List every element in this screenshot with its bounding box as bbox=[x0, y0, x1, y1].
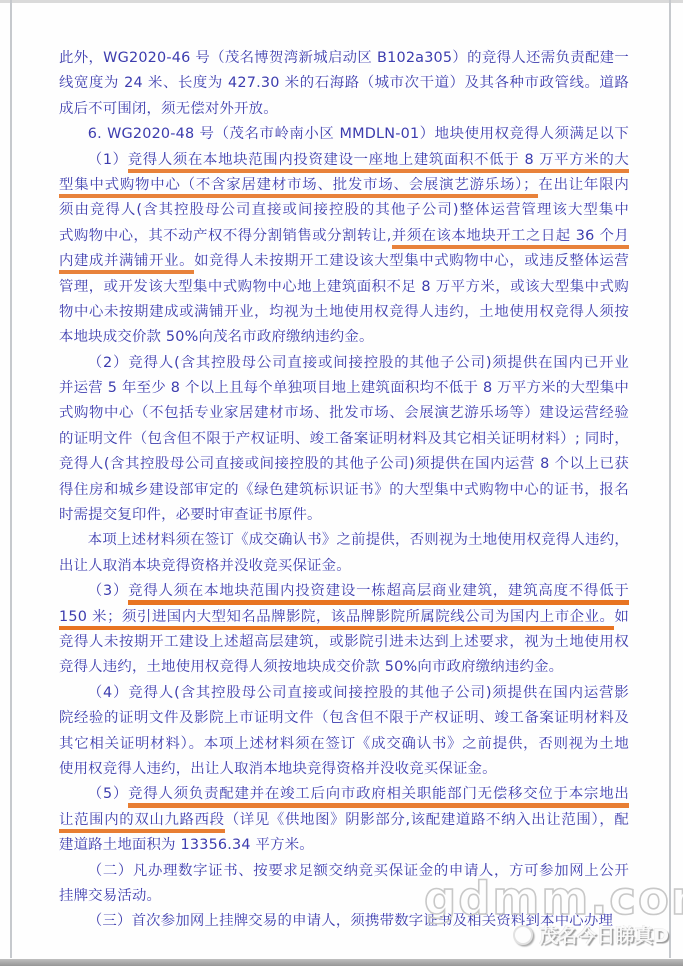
text-segment: 管理，或开发该大型集中式购物中心地上建筑面积不足 8 万平方米，或该大型集中式购 bbox=[59, 279, 629, 295]
page-edge-left bbox=[10, 0, 12, 958]
text-segment: （3） bbox=[88, 583, 128, 599]
text-segment: 得住房和城乡建设部审定的《绿色建筑标识证书》的大型集中式购物中心的证书，报名 bbox=[59, 482, 629, 498]
text-segment: 并运营 5 年至少 8 个以上且每个单独项目地上建筑面积均不低于 8 万平方米的… bbox=[59, 380, 629, 396]
document-body: 此外，WG2020-46 号（茂名博贺湾新城启动区 B102a305）的竞得人还… bbox=[59, 46, 629, 935]
document-line: 其它相关证明材料）。本项上述材料须在签订《成交确认书》之前提供，否则视为土地 bbox=[59, 732, 629, 757]
document-line: 竞得人(含其控股母公司直接或间接控股的其他子公司)须提供在国内运营 8 个以上已… bbox=[59, 452, 629, 477]
document-line: 150 米；须引进国内大型知名品牌影院，该品牌影院所属院线公司为国内上市企业。如 bbox=[59, 605, 629, 630]
text-segment: 挂牌交易活动。 bbox=[59, 888, 161, 904]
text-segment: 式购物中心，其不动产权不得分割销售或分割转让, bbox=[59, 228, 392, 244]
document-line: 竞得人违约，土地使用权竞得人须按地块成交价款 50%向市政府缴纳违约金。 bbox=[59, 655, 629, 680]
text-segment: （二）凡办理数字证书、按要求足额交纳竞买保证金的申请人，方可参加网上公开 bbox=[88, 863, 629, 879]
document-line: 挂牌交易活动。 bbox=[59, 884, 629, 909]
text-segment: （1） bbox=[88, 152, 128, 168]
document-line: 本地块成交价款 50%向茂名市政府缴纳违约金。 bbox=[59, 325, 629, 350]
text-segment: 本项上述材料须在签订《成交确认书》之前提供，否则视为土地使用权竞得人违约， bbox=[88, 532, 629, 548]
document-line: 内建成并满铺开业。如竞得人未按期开工建设该大型集中式购物中心，或违反整体运营 bbox=[59, 249, 629, 274]
text-segment: 使用权竞得人违约，出让人取消本地块竞得资格并没收竞买保证金。 bbox=[59, 761, 497, 777]
text-segment: （2）竞得人(含其控股母公司直接或间接控股的其他子公司)须提供在国内已开业 bbox=[88, 355, 629, 371]
text-segment: （详见《供地图》阴影部分,该配建道路不纳入出让范围），配 bbox=[225, 812, 629, 828]
text-segment: 在出让年限内 bbox=[538, 177, 629, 193]
document-line: 得住房和城乡建设部审定的《绿色建筑标识证书》的大型集中式购物中心的证书，报名 bbox=[59, 478, 629, 503]
document-line: 并运营 5 年至少 8 个以上且每个单独项目地上建筑面积均不低于 8 万平方米的… bbox=[59, 376, 629, 401]
text-segment: 时需提交复印件，必要时审查证书原件。 bbox=[59, 507, 322, 523]
document-line: （3）竞得人须在本地块范围内投资建设一栋超高层商业建筑，建筑高度不得低于 bbox=[59, 579, 629, 604]
document-line: 式购物中心，其不动产权不得分割销售或分割转让,并须在该本地块开工之日起 36 个… bbox=[59, 224, 629, 249]
text-segment: 建道路土地面积为 13356.34 平方米。 bbox=[59, 837, 314, 853]
document-line: 竞得人未按期开工建设上述超高层建筑，或影院引进未达到上述要求，视为土地使用权 bbox=[59, 630, 629, 655]
highlighted-text-segment: 竞得人须在本地块范围内投资建设一座地上建筑面积不低于 8 万平方米的大 bbox=[128, 152, 629, 173]
document-line: 成后不可围闭，须无偿对外开放。 bbox=[59, 97, 629, 122]
document-line: 本项上述材料须在签订《成交确认书》之前提供，否则视为土地使用权竞得人违约， bbox=[59, 528, 629, 553]
text-segment: 院经验的证明文件及影院上市证明文件（包含但不限于产权证明、竣工备案证明材料及 bbox=[59, 710, 629, 726]
text-segment: （5） bbox=[88, 786, 128, 802]
document-line: （2）竞得人(含其控股母公司直接或间接控股的其他子公司)须提供在国内已开业 bbox=[59, 351, 629, 376]
highlighted-text-segment: 竞得人须负责配建并在竣工后向市政府相关职能部门无偿移交位于本宗地出 bbox=[128, 786, 629, 807]
highlighted-text-segment: 并须在该本地块开工之日起 36 个月 bbox=[392, 228, 629, 249]
document-line: （二）凡办理数字证书、按要求足额交纳竞买保证金的申请人，方可参加网上公开 bbox=[59, 859, 629, 884]
text-segment: （三）首次参加网上挂牌交易的申请人，须携带数字证书及相关资料到本中心办理 bbox=[88, 913, 613, 929]
bottom-gray-bar bbox=[0, 959, 683, 966]
text-segment: （4）竞得人(含其控股母公司直接或间接控股的其他子公司)须提供在国内运营影 bbox=[88, 685, 629, 701]
highlighted-text-segment: 型集中式购物中心（不含家居建材市场、批发市场、会展演艺游乐场）； bbox=[59, 177, 538, 198]
document-line: 管理，或开发该大型集中式购物中心地上建筑面积不足 8 万平方米，或该大型集中式购 bbox=[59, 275, 629, 300]
text-segment: 竞得人违约，土地使用权竞得人须按地块成交价款 50%向市政府缴纳违约金。 bbox=[59, 659, 563, 675]
text-segment: 线宽度为 24 米、长度为 427.30 米的石海路（城市次干道）及其各种市政管… bbox=[59, 75, 629, 96]
document-line: 6. WG2020-48 号（茂名市岭南小区 MMDLN-01）地块使用权竞得人… bbox=[59, 122, 629, 147]
document-line: 须由竞得人(含其控股母公司直接或间接控股的其他子公司)整体运营管理该大型集中 bbox=[59, 198, 629, 223]
text-segment: 如竞得人未按期开工建设该大型集中式购物中心，或违反整体运营 bbox=[194, 253, 629, 269]
text-segment: 6. WG2020-48 号（茂名市岭南小区 MMDLN-01）地块使用权竞得人… bbox=[59, 126, 629, 147]
text-segment: 式购物中心（不包括专业家居建材市场、批发市场、会展演艺游乐场等）建设运营经验 bbox=[59, 405, 629, 421]
text-segment: 如 bbox=[614, 609, 629, 625]
document-line: 让范围内的双山九路西段（详见《供地图》阴影部分,该配建道路不纳入出让范围），配 bbox=[59, 808, 629, 833]
document-line: （4）竞得人(含其控股母公司直接或间接控股的其他子公司)须提供在国内运营影 bbox=[59, 681, 629, 706]
document-line: 此外，WG2020-46 号（茂名博贺湾新城启动区 B102a305）的竞得人还… bbox=[59, 46, 629, 71]
scanned-document-page: 此外，WG2020-46 号（茂名博贺湾新城启动区 B102a305）的竞得人还… bbox=[0, 0, 683, 966]
text-segment: 物中心未按期建成或满铺开业，均视为土地使用权竞得人违约，土地使用权竞得人须按 bbox=[59, 304, 629, 320]
document-line: 的证明文件（包含但不限于产权证明、竣工备案证明材料及其它相关证明材料）; 同时， bbox=[59, 427, 629, 452]
page-edge-top bbox=[0, 0, 683, 3]
text-segment: 须由竞得人(含其控股母公司直接或间接控股的其他子公司)整体运营管理该大型集中 bbox=[59, 202, 629, 218]
text-segment: 竞得人未按期开工建设上述超高层建筑，或影院引进未达到上述要求，视为土地使用权 bbox=[59, 634, 629, 650]
document-line: 型集中式购物中心（不含家居建材市场、批发市场、会展演艺游乐场）；在出让年限内 bbox=[59, 173, 629, 198]
document-line: 线宽度为 24 米、长度为 427.30 米的石海路（城市次干道）及其各种市政管… bbox=[59, 71, 629, 96]
document-line: 出让人取消本块竞得资格并没收竞买保证金。 bbox=[59, 554, 629, 579]
highlighted-text-segment: 内建成并满铺开业。 bbox=[59, 253, 194, 274]
highlighted-text-segment: 150 米；须引进国内大型知名品牌影院，该品牌影院所属院线公司为国内上市企业。 bbox=[59, 609, 614, 630]
document-line: （三）首次参加网上挂牌交易的申请人，须携带数字证书及相关资料到本中心办理 bbox=[59, 909, 629, 934]
text-segment: 本地块成交价款 50%向茂名市政府缴纳违约金。 bbox=[59, 329, 374, 345]
text-segment: 此外，WG2020-46 号（茂名博贺湾新城启动区 B102a305）的竞得人还… bbox=[59, 50, 629, 71]
document-line: 式购物中心（不包括专业家居建材市场、批发市场、会展演艺游乐场等）建设运营经验 bbox=[59, 401, 629, 426]
document-line: 使用权竞得人违约，出让人取消本地块竞得资格并没收竞买保证金。 bbox=[59, 757, 629, 782]
document-line: （1）竞得人须在本地块范围内投资建设一座地上建筑面积不低于 8 万平方米的大 bbox=[59, 148, 629, 173]
document-line: 建道路土地面积为 13356.34 平方米。 bbox=[59, 833, 629, 858]
text-segment: 竞得人(含其控股母公司直接或间接控股的其他子公司)须提供在国内运营 8 个以上已… bbox=[59, 456, 629, 472]
document-line: 院经验的证明文件及影院上市证明文件（包含但不限于产权证明、竣工备案证明材料及 bbox=[59, 706, 629, 731]
text-segment: 的证明文件（包含但不限于产权证明、竣工备案证明材料及其它相关证明材料）; 同时， bbox=[59, 431, 629, 447]
document-line: 物中心未按期建成或满铺开业，均视为土地使用权竞得人违约，土地使用权竞得人须按 bbox=[59, 300, 629, 325]
highlighted-text-segment: 让范围内的双山九路西段 bbox=[59, 812, 225, 833]
text-segment: 出让人取消本块竞得资格并没收竞买保证金。 bbox=[59, 558, 351, 574]
highlighted-text-segment: 竞得人须在本地块范围内投资建设一栋超高层商业建筑，建筑高度不得低于 bbox=[128, 583, 629, 604]
document-line: 时需提交复印件，必要时审查证书原件。 bbox=[59, 503, 629, 528]
page-edge-right bbox=[669, 0, 671, 958]
text-segment: 成后不可围闭，须无偿对外开放。 bbox=[59, 101, 278, 117]
document-line: （5）竞得人须负责配建并在竣工后向市政府相关职能部门无偿移交位于本宗地出 bbox=[59, 782, 629, 807]
text-segment: 其它相关证明材料）。本项上述材料须在签订《成交确认书》之前提供，否则视为土地 bbox=[59, 736, 629, 752]
